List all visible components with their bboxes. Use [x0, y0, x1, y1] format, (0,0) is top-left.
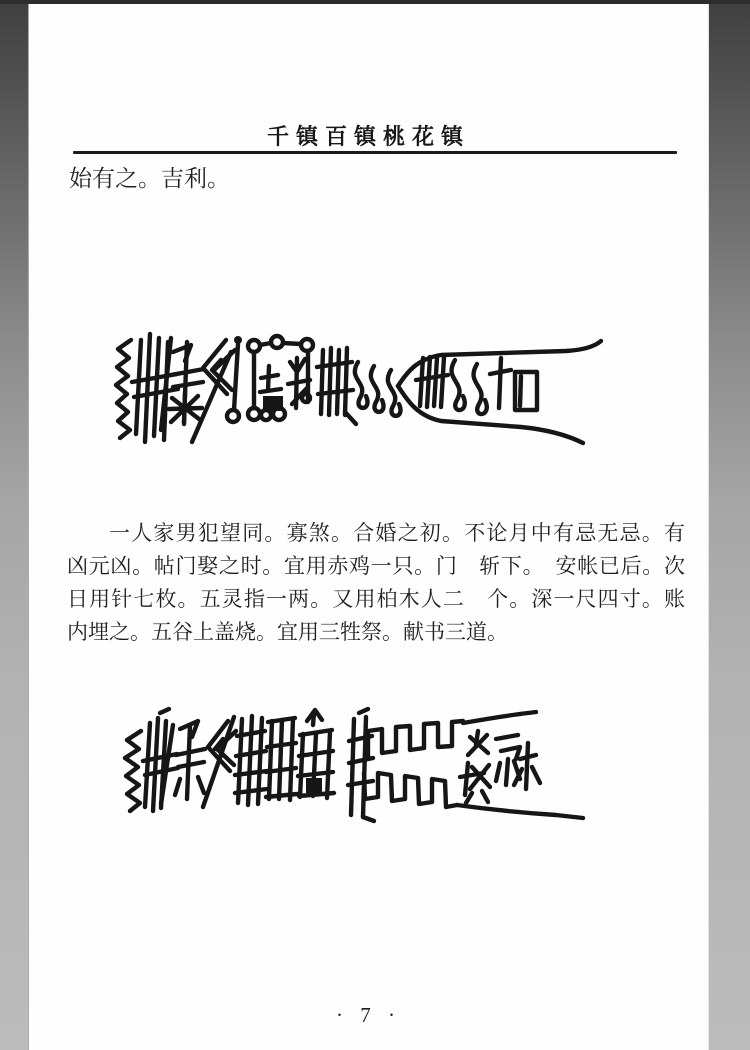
paragraph-line: 日用针七枚。五灵指一两。又用柏木人二 个。深一尺四寸。账: [67, 583, 685, 616]
scan-backdrop: 千镇百镇桃花镇 始有之。吉利。: [0, 0, 750, 1050]
paragraph-line: 一人家男犯望同。寡煞。合婚之初。不论月中有忌无忌。有: [67, 517, 685, 550]
intro-text: 始有之。吉利。: [69, 164, 230, 194]
book-page: 千镇百镇桃花镇 始有之。吉利。: [28, 4, 709, 1050]
header-rule: [73, 151, 677, 154]
page-number: · 7 ·: [29, 1003, 708, 1028]
running-header-title: 千镇百镇桃花镇: [29, 124, 708, 150]
talisman-1-drawing: [111, 330, 606, 452]
paragraph-line: 凶元凶。帖门娶之时。宜用赤鸡一只。门 斩下。 安帐已后。次: [67, 550, 685, 583]
talisman-2-drawing: [116, 701, 591, 826]
paragraph-line: 内埋之。五谷上盖烧。宜用三牲祭。献书三道。: [67, 616, 685, 649]
talisman-2-strokes: [125, 709, 583, 821]
body-paragraph: 一人家男犯望同。寡煞。合婚之初。不论月中有忌无忌。有 凶元凶。帖门娶之时。宜用赤…: [67, 517, 685, 649]
talisman-1-strokes: [116, 334, 601, 443]
